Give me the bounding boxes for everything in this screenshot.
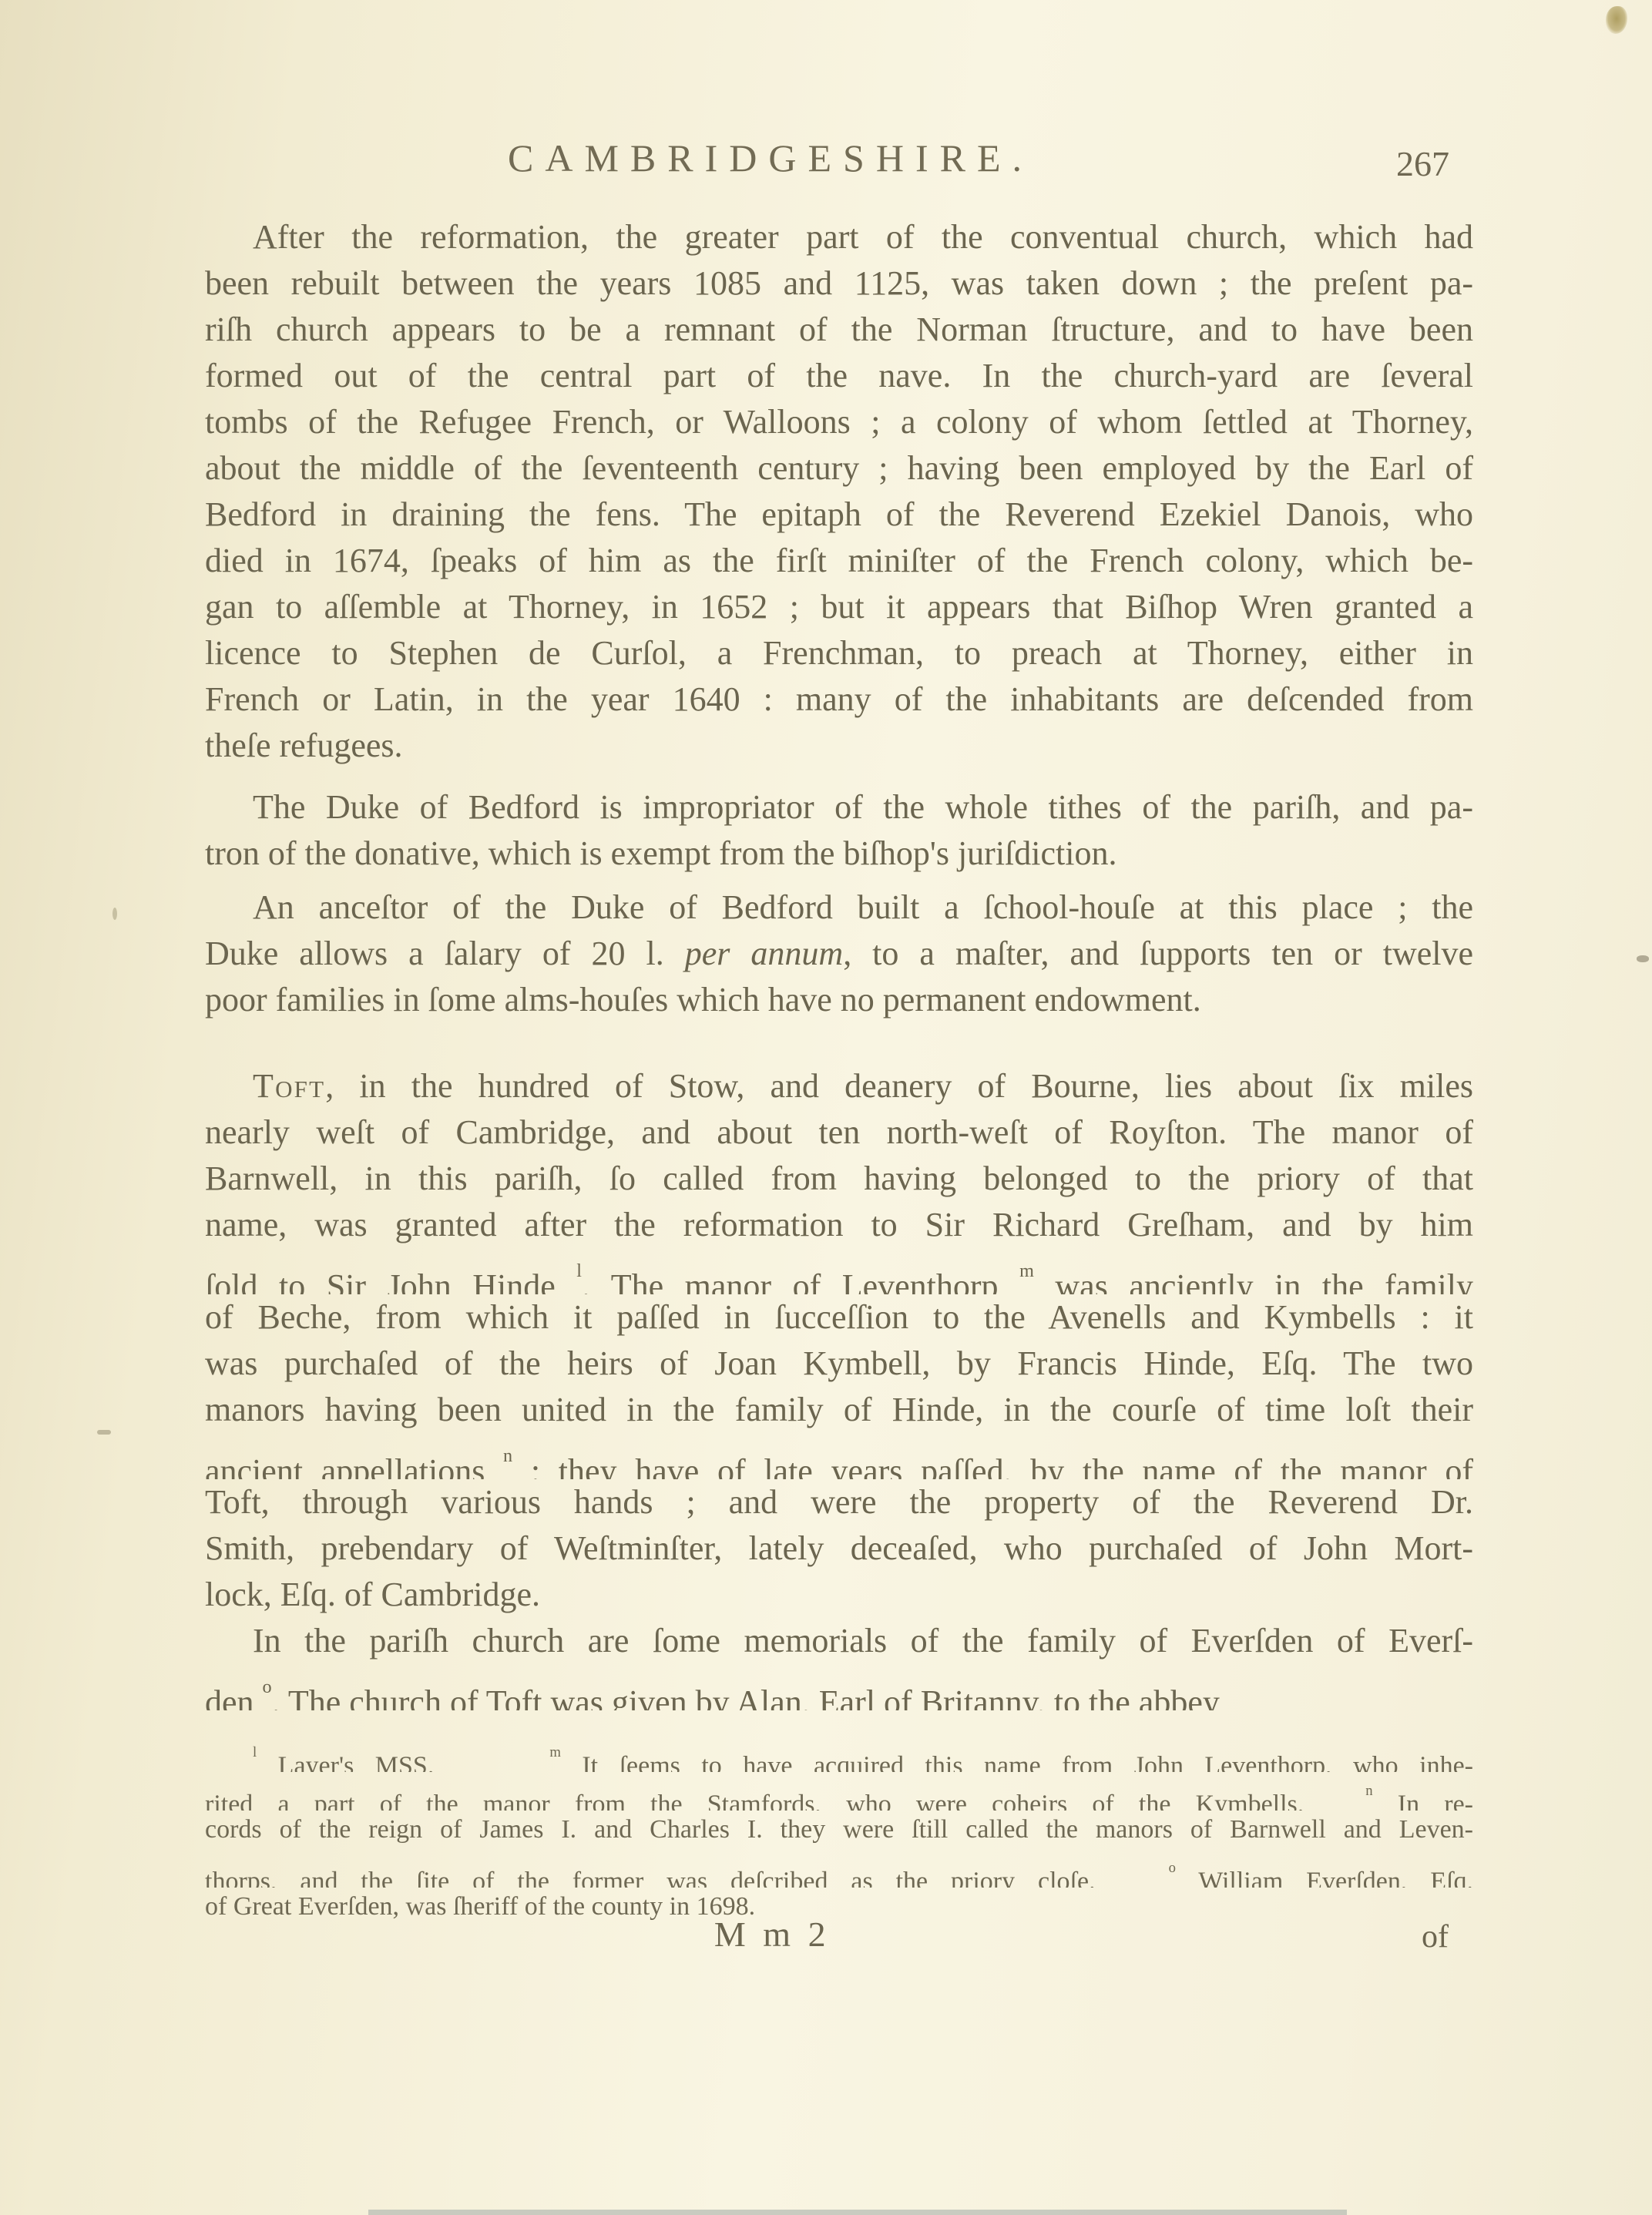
page-title: CAMBRIDGESHIRE. (0, 136, 1541, 180)
text-run: In re- (1373, 1790, 1473, 1811)
text-line: licence to Stephen de Curſol, a Frenchma… (205, 630, 1473, 676)
ink-speck (1637, 955, 1649, 962)
italic-text: per annum (685, 935, 843, 972)
paragraph-reformation: After the reformation, the greater part … (205, 214, 1473, 769)
text-line: theſe refugees. (205, 723, 1473, 769)
text-column: After the reformation, the greater part … (205, 214, 1473, 1926)
paragraph-toft: Toft, in the hundred of Stow, and deaner… (205, 1063, 1473, 1618)
text-run: ancient appellations (205, 1452, 503, 1479)
footnote-ref-m: m (1019, 1260, 1034, 1281)
page-number: 267 (1396, 143, 1449, 184)
ink-speck (97, 1430, 111, 1435)
text-run: : they have of late years paſſed, by the… (512, 1452, 1473, 1479)
text-run: Duke allows a ſalary of 20 l. (205, 935, 685, 972)
smallcaps-toft: Toft (253, 1067, 325, 1105)
text-line: of Beche, from which it paſſed in ſucceſ… (205, 1294, 1473, 1341)
footnote-line: thorps, and the ſite of the former was d… (205, 1849, 1473, 1888)
page-header: CAMBRIDGESHIRE. 267 (0, 136, 1652, 190)
text-run: It ſeems to have acquired this name from… (561, 1752, 1473, 1773)
text-line: Smith, prebendary of Weſtminſter, lately… (205, 1525, 1473, 1572)
text-run: , to a maſter, and ſupports ten or twelv… (843, 935, 1473, 972)
text-line: Duke allows a ſalary of 20 l. per annum,… (205, 931, 1473, 977)
text-run: William Everſden, Eſq. (1176, 1868, 1473, 1888)
text-line: ſold to Sir John Hinde l. The manor of L… (205, 1248, 1473, 1294)
ink-speck (1606, 6, 1627, 34)
text-line: Toft, through various hands ; and were t… (205, 1479, 1473, 1525)
text-line: about the middle of the ſeventeenth cent… (205, 445, 1473, 492)
text-line: been rebuilt between the years 1085 and … (205, 260, 1473, 307)
text-line: was purchaſed of the heirs of Joan Kymbe… (205, 1341, 1473, 1387)
text-line: tombs of the Refugee French, or Walloons… (205, 399, 1473, 445)
footnote-marker-n: n (1365, 1783, 1372, 1799)
footnote-ref-o: o (263, 1676, 272, 1697)
text-line: nearly weſt of Cambridge, and about ten … (205, 1109, 1473, 1156)
text-line: The Duke of Bedford is impropriator of t… (205, 784, 1473, 831)
text-line: riſh church appears to be a remnant of t… (205, 307, 1473, 353)
text-run: rited a part of the manor from the Stamf… (205, 1790, 1304, 1811)
text-line: den o. The church of Toft was given by A… (205, 1664, 1473, 1710)
text-run: was anciently in the family (1034, 1267, 1473, 1294)
text-line: formed out of the central part of the na… (205, 353, 1473, 399)
signature-mark: M m 2 (714, 1914, 830, 1955)
text-line: French or Latin, in the year 1640 : many… (205, 676, 1473, 723)
footnote-line: l Layer's MSS.m It ſeems to have acquire… (205, 1733, 1473, 1772)
signature-mark-row: M m 2 (0, 1914, 1652, 1955)
text-line: poor families in ſome alms-houſes which … (205, 977, 1473, 1023)
text-line: name, was granted after the reformation … (205, 1202, 1473, 1248)
footnote-marker-o: o (1169, 1860, 1176, 1876)
text-run: Layer's MSS. (257, 1752, 434, 1773)
paragraph-parish-church: In the pariſh church are ſome memorials … (205, 1618, 1473, 1710)
text-line: Bedford in draining the fens. The epitap… (205, 492, 1473, 538)
text-run: den (205, 1683, 263, 1710)
text-run: . The church of Toft was given by Alan, … (272, 1683, 1220, 1710)
footnote-line: cords of the reign of James I. and Charl… (205, 1811, 1473, 1849)
paragraph-school-house: An anceſtor of the Duke of Bedford built… (205, 884, 1473, 1023)
text-line: ancient appellations n : they have of la… (205, 1433, 1473, 1479)
text-run: . The manor of Leventhorp (582, 1267, 1019, 1294)
text-line: Toft, in the hundred of Stow, and deaner… (205, 1063, 1473, 1109)
text-line: In the pariſh church are ſome memorials … (205, 1618, 1473, 1664)
text-line: died in 1674, ſpeaks of him as the firſt… (205, 538, 1473, 584)
text-line: tron of the donative, which is exempt fr… (205, 831, 1473, 877)
text-line: manors having been united in the family … (205, 1387, 1473, 1433)
footnotes-block: l Layer's MSS.m It ſeems to have acquire… (205, 1733, 1473, 1926)
text-run: ſold to Sir John Hinde (205, 1267, 576, 1294)
footnote-ref-n: n (503, 1445, 512, 1466)
text-line: gan to aſſemble at Thorney, in 1652 ; bu… (205, 584, 1473, 630)
footnote-ref-l: l (576, 1260, 582, 1281)
text-line: Barnwell, in this pariſh, ſo called from… (205, 1156, 1473, 1202)
scan-edge-artifact (368, 2210, 1347, 2215)
text-run: , in the hundred of Stow, and deanery of… (325, 1067, 1473, 1105)
catchword: of (1422, 1918, 1449, 1955)
footnote-line: rited a part of the manor from the Stamf… (205, 1772, 1473, 1811)
text-line: lock, Eſq. of Cambridge. (205, 1572, 1473, 1618)
text-run: thorps, and the ſite of the former was d… (205, 1868, 1096, 1888)
paragraph-duke-of-bedford: The Duke of Bedford is impropriator of t… (205, 784, 1473, 877)
text-line: After the reformation, the greater part … (205, 214, 1473, 260)
ink-speck (112, 908, 117, 920)
footnote-marker-m: m (549, 1744, 561, 1760)
text-line: An anceſtor of the Duke of Bedford built… (205, 884, 1473, 931)
